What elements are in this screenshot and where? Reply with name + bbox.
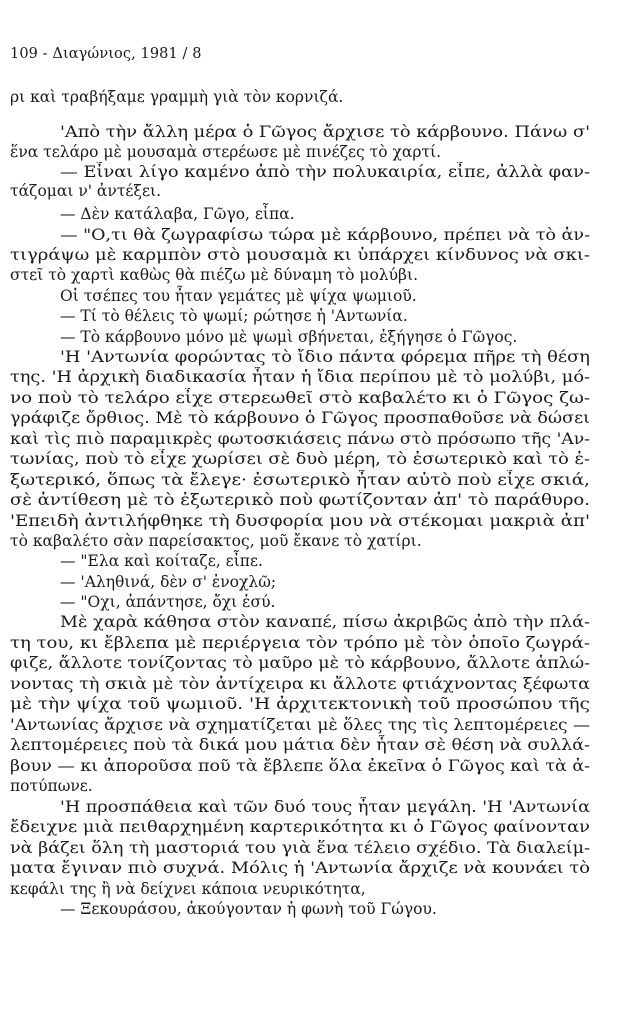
text-line: 'Η 'Αντωνία φορώντας τὸ ἴδιο πάντα φόρεμ… xyxy=(60,348,590,367)
text-line: Μὲ χαρὰ κάθησα στὸν καναπέ, πίσω ἀκριβῶς… xyxy=(60,613,590,632)
text-line: λεπτομέρειες ποὺ τὰ δικά μου μάτια δὲν ἦ… xyxy=(10,736,590,755)
text-line: νο ποὺ τὸ τελάρο εἶχε στερεωθεῖ στὸ καβα… xyxy=(10,389,590,408)
running-head: 109 - Διαγώνιος, 1981 / 8 xyxy=(10,46,202,62)
text-line: ποτύπωνε. xyxy=(10,777,93,796)
text-line: — Εἶναι λίγο καμένο ἀπὸ τὴν πολυκαιρία, … xyxy=(60,163,590,182)
text-line: ἔδειχνε μιὰ πειθαρχημένη καρτερικότητα κ… xyxy=(10,818,590,837)
text-line: ξωτερικό, ὅπως τὰ ἔλεγε· ἐσωτερικὸ ἦταν … xyxy=(10,471,590,490)
text-line: Οἱ τσέπες του ἦταν γεμάτες μὲ ψίχα ψωμιο… xyxy=(60,287,417,306)
text-line: τάζομαι ν' ἀντέξει. xyxy=(10,182,161,201)
text-line: σὲ ἀντίθεση μὲ τὸ ἐξωτερικὸ ποὺ φωτίζοντ… xyxy=(10,491,590,510)
text-line: βουν — κι ἀποροῦσα ποῦ τὰ ἔβλεπε ὅλα ἐκε… xyxy=(10,757,590,776)
text-line: 'Αντωνίας ἄρχισε νὰ σχηματίζεται μὲ ὅλες… xyxy=(10,716,590,735)
text-line: φιζε, ἄλλοτε τονίζοντας τὸ μαῦρο μὲ τὸ κ… xyxy=(10,654,590,673)
text-line: της. 'Η ἀρχικὴ διαδικασία ἦταν ἡ ἴδια πε… xyxy=(10,368,590,387)
text-line: 'Απὸ τὴν ἄλλη μέρα ὁ Γῶγος ἄρχισε τὸ κάρ… xyxy=(60,123,590,142)
text-line: ματα ἔγιναν πιὸ συχνά. Μόλις ἡ 'Αντωνία … xyxy=(10,859,590,878)
text-line: — "Ελα καὶ κοίταζε, εἶπε. xyxy=(60,552,263,571)
text-line: — Τί τὸ θέλεις τὸ ψωμί; ρώτησε ἡ 'Αντωνί… xyxy=(60,307,408,326)
text-line: γράφιζε ὄρθιος. Μὲ τὸ κάρβουνο ὁ Γῶγος π… xyxy=(10,409,590,428)
text-line: νὰ βάζει ὅλη τὴ μαστοριά του γιὰ ἕνα τέλ… xyxy=(10,839,590,858)
text-line: τωνίας, ποὺ τὸ εἶχε χωρίσει σὲ δυὸ μέρη,… xyxy=(10,450,590,469)
text-line: τη του, κι ἔβλεπα μὲ περιέργεια τὸν τρόπ… xyxy=(10,634,590,653)
text-line: τὸ καβαλέτο σὰν παρείσακτος, μοῦ ἔκανε τ… xyxy=(10,532,422,551)
text-line: — Τὸ κάρβουνο μόνο μὲ ψωμὶ σβήνεται, ἐξή… xyxy=(60,328,517,347)
text-line: στεῖ τὸ χαρτὶ καθὼς θὰ πιέζω μὲ δύναμη τ… xyxy=(10,266,418,285)
text-line: μὲ τὴν ψίχα τοῦ ψωμιοῦ. 'Η ἀρχιτεκτονικὴ… xyxy=(10,695,590,714)
text-line: — 'Αληθινά, δὲν σ' ἐνοχλῶ; xyxy=(60,573,276,592)
text-line: — "Ο,τι θὰ ζωγραφίσω τώρα μὲ κάρβουνο, π… xyxy=(60,226,590,245)
text-line: — "Οχι, ἀπάντησε, ὄχι ἐσύ. xyxy=(60,593,275,612)
text-line: κεφάλι της ἢ νὰ δείχνει κάποια νευρικότη… xyxy=(10,880,366,899)
document-page: 109 - Διαγώνιος, 1981 / 8 ρι καὶ τραβήξα… xyxy=(0,0,636,1024)
text-line: ρι καὶ τραβήξαμε γραμμὴ γιὰ τὸν κορνιζά. xyxy=(10,88,343,107)
text-line: καὶ τὶς πιὸ παραμικρὲς φωτοσκιάσεις πάνω… xyxy=(10,430,590,449)
text-line: — Δὲν κατάλαβα, Γῶγο, εἶπα. xyxy=(60,205,295,224)
text-line: — Ξεκουράσου, ἀκούγονταν ἡ φωνὴ τοῦ Γώγο… xyxy=(60,900,437,919)
text-line: τιγράψω μὲ καρμπὸν στὸ μουσαμὰ κι ὑπάρχε… xyxy=(10,246,590,265)
text-line: 'Επειδὴ ἀντιλήφθηκε τὴ δυσφορία μου νὰ σ… xyxy=(10,512,590,531)
text-line: 'Η προσπάθεια καὶ τῶν δυό τους ἦταν μεγά… xyxy=(60,798,590,817)
text-line: νοντας τὴ σκιὰ μὲ τὸν ἀντίχειρα κι ἄλλοτ… xyxy=(10,675,590,694)
text-line: ἕνα τελάρο μὲ μουσαμὰ στερέωσε μὲ πινέζε… xyxy=(10,143,441,162)
